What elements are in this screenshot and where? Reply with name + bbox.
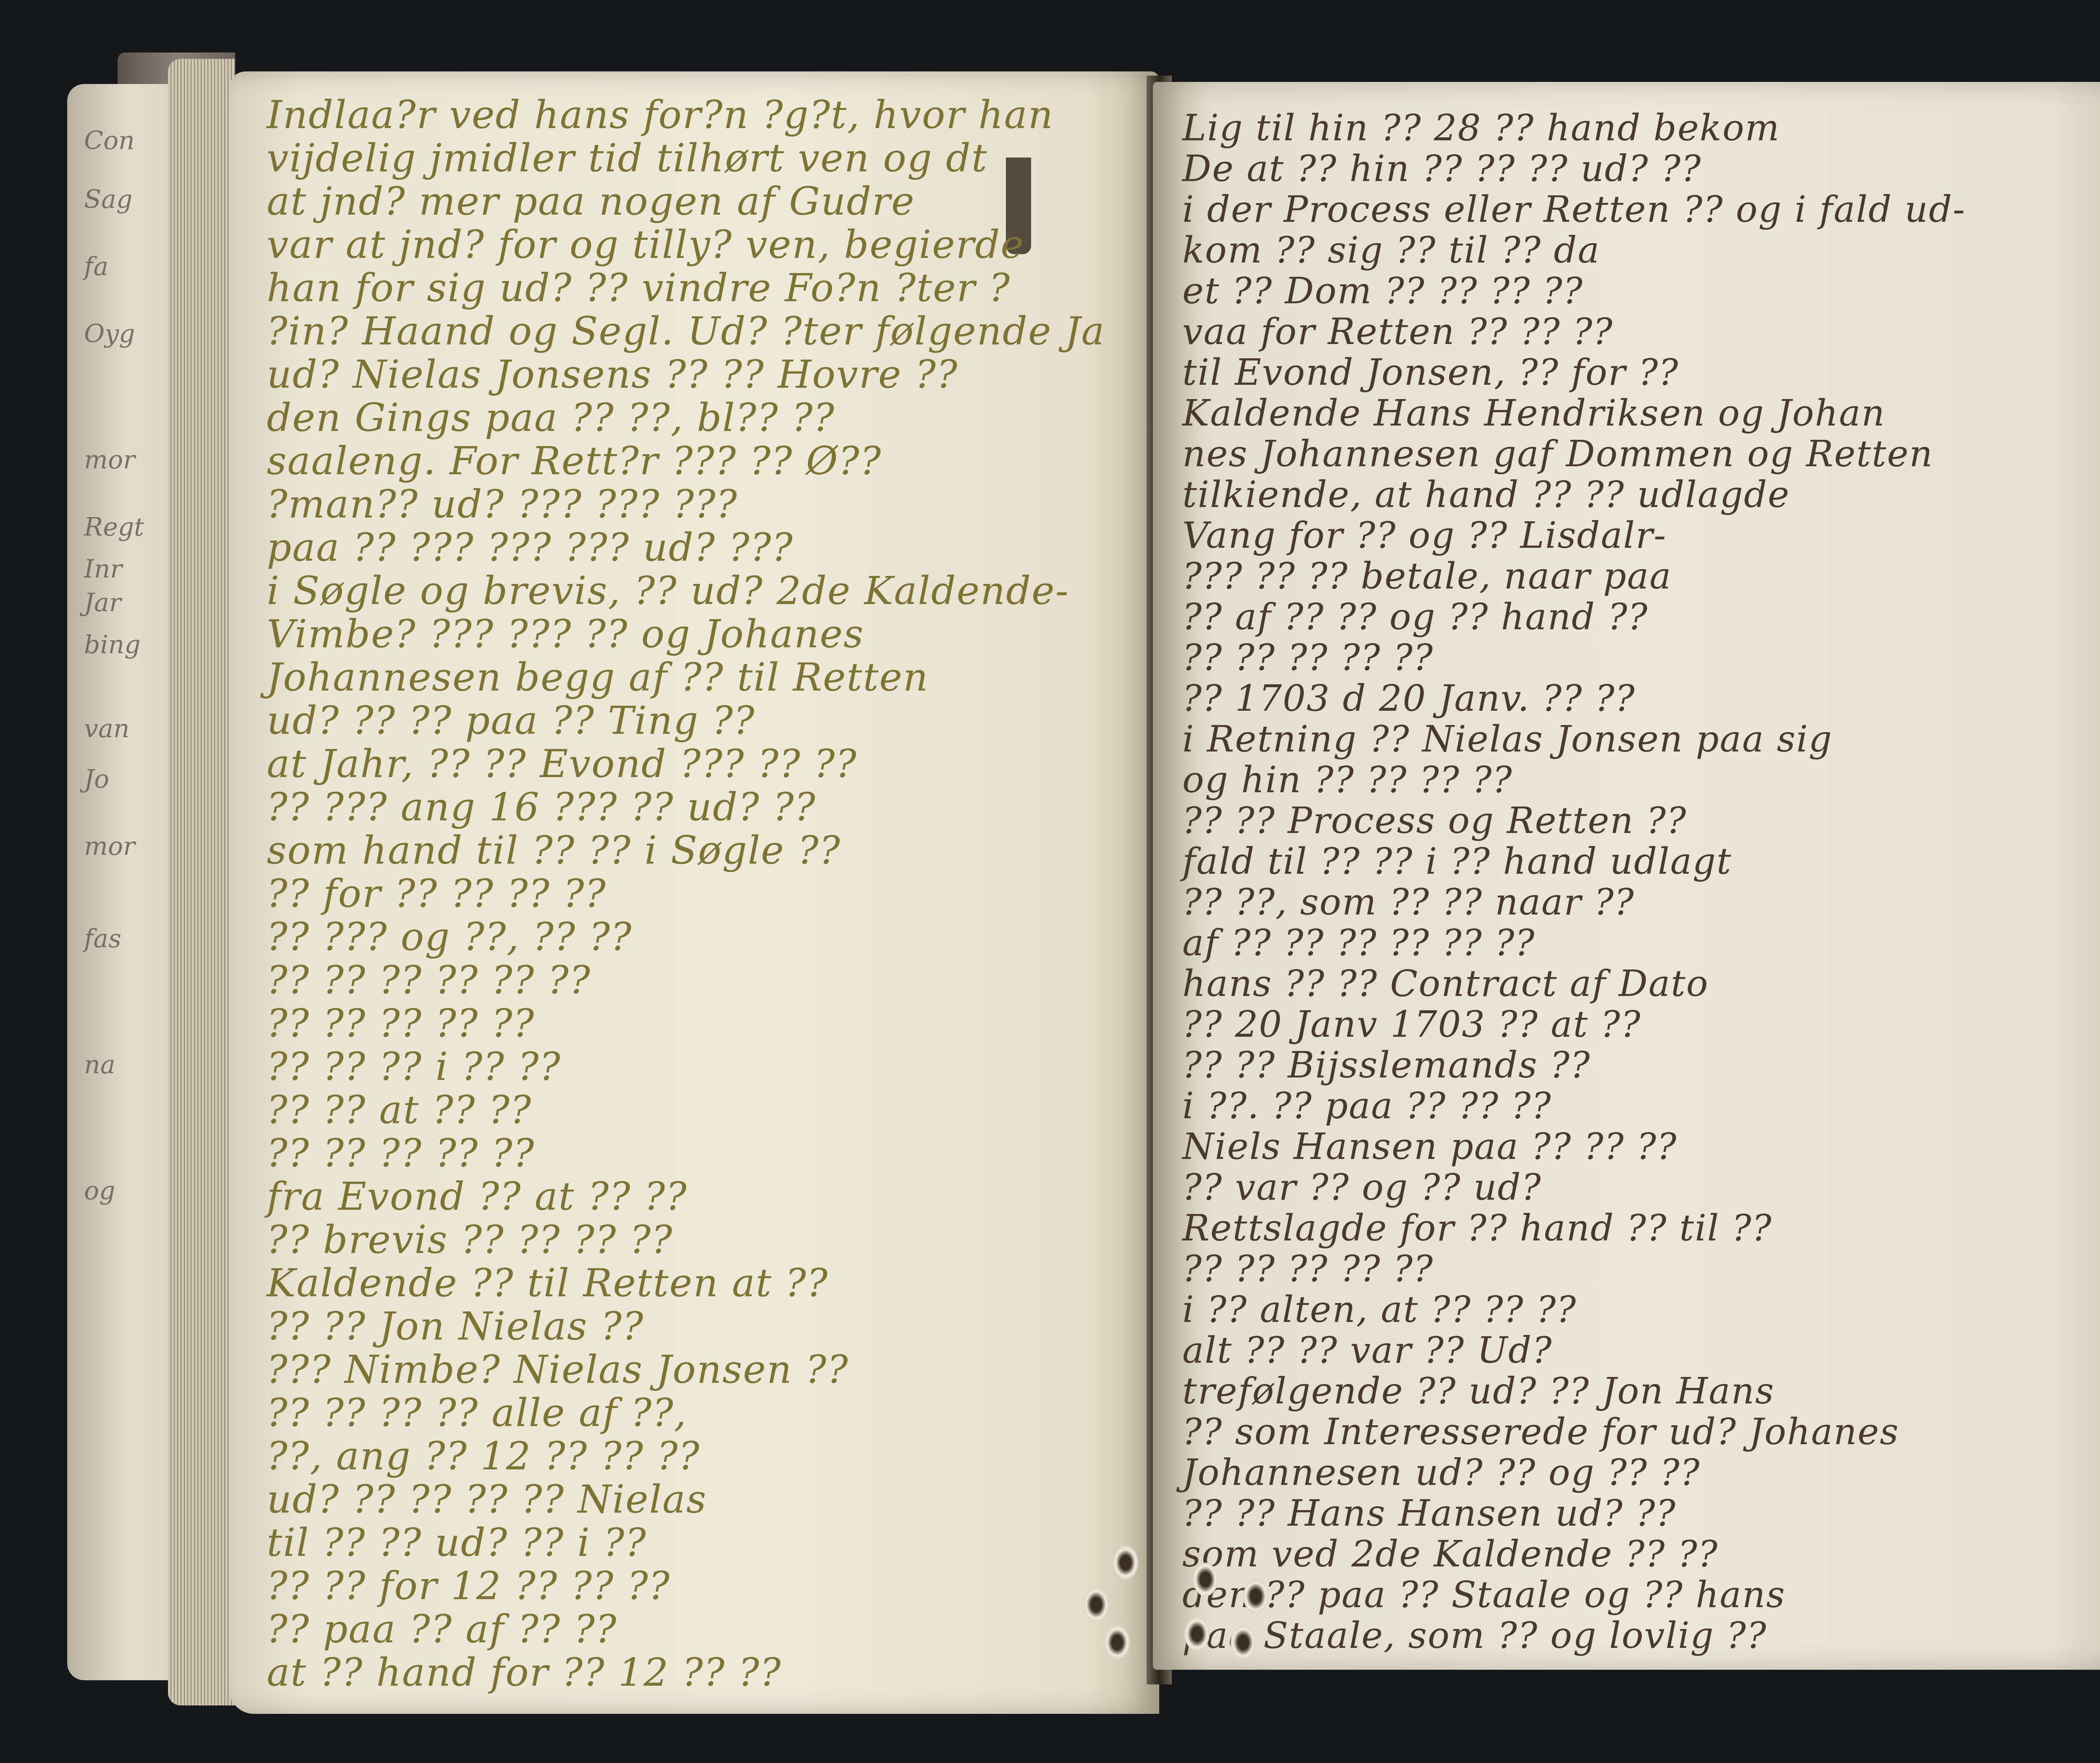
handwritten-line: paa Staale, som ?? og lovlig ?? [1182, 1615, 1767, 1657]
handwritten-line: Johannesen ud? ?? og ?? ?? [1182, 1452, 1701, 1494]
handwritten-line: ??, ang ?? 12 ?? ?? ?? [267, 1434, 700, 1479]
handwritten-line: ??? ?? ?? betale, naar paa [1182, 555, 1672, 597]
handwritten-line: ?? ?? ?? ?? ?? [267, 1131, 535, 1176]
handwritten-line: tilkiende, at hand ?? ?? udlagde [1182, 474, 1790, 516]
binding-hole [1243, 1579, 1268, 1613]
binding-hole [1084, 1588, 1109, 1621]
margin-text: Sag [84, 185, 132, 210]
margin-text: fa [84, 252, 108, 277]
handwritten-line: Indlaa?r ved hans for?n ?g?t, hvor han [267, 92, 1054, 137]
handwritten-line: Rettslagde for ?? hand ?? til ?? [1182, 1207, 1772, 1249]
handwritten-line: ?? ?? Process og Retten ?? [1182, 800, 1687, 842]
handwritten-line: ?? ??, som ?? ?? naar ?? [1182, 881, 1635, 923]
handwritten-line: ?? 20 Janv 1703 ?? at ?? [1182, 1004, 1641, 1046]
handwritten-line: saaleng. For Rett?r ??? ?? Ø?? [267, 439, 882, 483]
margin-text: fas [84, 924, 121, 949]
margin-text: na [84, 1050, 115, 1075]
handwritten-line: ?? for ?? ?? ?? ?? [267, 871, 606, 916]
handwritten-line: ?? ?? Jon Nielas ?? [267, 1304, 644, 1349]
margin-text: bing [84, 630, 141, 655]
open-manuscript-book: Con Sag fa Oyg mor Regt Inr Jar bing van… [0, 0, 2100, 1763]
left-page: Indlaa?r ved hans for?n ?g?t, hvor hanvi… [229, 71, 1159, 1714]
handwritten-line: ?? ??? og ??, ?? ?? [267, 914, 632, 959]
handwritten-line: at jnd? mer paa nogen af Gudre [267, 179, 915, 224]
margin-text: Jo [84, 765, 109, 790]
left-page-text: Indlaa?r ved hans for?n ?g?t, hvor hanvi… [229, 71, 1159, 1714]
handwritten-line: Kaldende ?? til Retten at ?? [267, 1261, 828, 1306]
handwritten-line: til Evond Jonsen, ?? for ?? [1182, 352, 1679, 394]
handwritten-line: af ?? ?? ?? ?? ?? ?? [1182, 922, 1535, 964]
handwritten-line: ud? Nielas Jonsens ?? ?? Hovre ?? [267, 352, 958, 397]
page-stack-edge [168, 59, 235, 1705]
handwritten-line: Niels Hansen paa ?? ?? ?? [1182, 1126, 1677, 1168]
handwritten-line: ?man?? ud? ??? ??? ??? [267, 482, 738, 527]
handwritten-line: Johannesen begg af ?? til Retten [267, 655, 929, 700]
handwritten-line: i ?? alten, at ?? ?? ?? [1182, 1289, 1577, 1331]
handwritten-line: fra Evond ?? at ?? ?? [267, 1174, 688, 1219]
handwritten-line: den Gings paa ?? ??, bl?? ?? [267, 395, 835, 440]
handwritten-line: ud? ?? ?? paa ?? Ting ?? [267, 698, 755, 743]
margin-text: mor [84, 832, 135, 857]
handwritten-line: Kaldende Hans Hendriksen og Johan [1182, 392, 1885, 434]
margin-text: Jar [84, 588, 121, 613]
margin-text: van [84, 714, 129, 739]
handwritten-line: var at jnd? for og tilly? ven, begierde [267, 222, 1024, 267]
handwritten-line: den ?? paa ?? Staale og ?? hans [1182, 1574, 1785, 1616]
handwritten-line: alt ?? ?? var ?? Ud? [1182, 1329, 1552, 1372]
handwritten-line: hans ?? ?? Contract af Dato [1182, 963, 1709, 1005]
handwritten-line: ud? ?? ?? ?? ?? Nielas [267, 1477, 707, 1522]
handwritten-line: ?? ?? Bijsslemands ?? [1182, 1044, 1591, 1086]
handwritten-line: ?? var ?? og ?? ud? [1182, 1167, 1542, 1209]
handwritten-line: ?? ?? ?? ?? ?? ?? [267, 958, 591, 1003]
handwritten-line: til ?? ?? ud? ?? i ?? [267, 1520, 647, 1565]
right-page: Lig til hin ?? 28 ?? hand bekomDe at ?? … [1153, 82, 2100, 1670]
handwritten-line: ?? ?? ?? ?? alle af ??, [267, 1390, 687, 1435]
handwritten-line: at Jahr, ?? ?? Evond ??? ?? ?? [267, 741, 857, 786]
handwritten-line: ?? brevis ?? ?? ?? ?? [267, 1217, 673, 1262]
binding-hole [1231, 1626, 1256, 1659]
handwritten-line: De at ?? hin ?? ?? ?? ud? ?? [1182, 148, 1701, 190]
margin-text: Con [84, 126, 135, 151]
handwritten-line: vijdelig jmidler tid tilhørt ven og dt [267, 136, 988, 181]
margin-text: Regt [84, 512, 144, 538]
handwritten-line: i der Process eller Retten ?? og i fald … [1182, 189, 1966, 231]
margin-text: Inr [84, 554, 122, 580]
handwritten-line: at ?? hand for ?? 12 ?? ?? [267, 1650, 782, 1695]
handwritten-line: i ??. ?? paa ?? ?? ?? [1182, 1085, 1552, 1127]
handwritten-line: som hand til ?? ?? i Søgle ?? [267, 828, 841, 873]
margin-text: Oyg [84, 319, 135, 344]
handwritten-line: ?in? Haand og Segl. Ud? ?ter følgende Ja [267, 309, 1105, 354]
binding-hole [1113, 1546, 1138, 1579]
margin-text: mor [84, 445, 135, 470]
handwritten-line: ?? ?? Hans Hansen ud? ?? [1182, 1492, 1676, 1534]
handwritten-line: ?? ?? ?? ?? ?? [1182, 637, 1433, 679]
binding-hole [1105, 1626, 1130, 1659]
handwritten-line: vaa for Retten ?? ?? ?? [1182, 311, 1613, 353]
handwritten-line: som ved 2de Kaldende ?? ?? [1182, 1533, 1718, 1575]
handwritten-line: han for sig ud? ?? vindre Fo?n ?ter ? [267, 265, 1011, 310]
handwritten-line: Vang for ?? og ?? Lisdalr- [1182, 515, 1667, 557]
handwritten-line: ?? ?? ?? ?? ?? [1182, 1248, 1433, 1290]
binding-hole [1184, 1617, 1210, 1651]
right-page-text: Lig til hin ?? 28 ?? hand bekomDe at ?? … [1153, 82, 2100, 1670]
handwritten-line: nes Johannesen gaf Dommen og Retten [1182, 433, 1933, 475]
handwritten-line: ?? ?? for 12 ?? ?? ?? [267, 1563, 670, 1608]
handwritten-line: ?? ??? ang 16 ??? ?? ud? ?? [267, 785, 816, 830]
handwritten-line: ?? som Interesserede for ud? Johanes [1182, 1411, 1899, 1453]
handwritten-line: paa ?? ??? ??? ??? ud? ??? [267, 525, 793, 570]
handwritten-line: ?? ?? ?? i ?? ?? [267, 1044, 561, 1089]
binding-hole [1193, 1563, 1218, 1596]
handwritten-line: i Søgle og brevis, ?? ud? 2de Kaldende- [267, 568, 1069, 613]
handwritten-line: ?? paa ?? af ?? ?? [267, 1607, 617, 1652]
handwritten-line: Vimbe? ??? ??? ?? og Johanes [267, 612, 864, 657]
handwritten-line: Lig til hin ?? 28 ?? hand bekom [1182, 107, 1780, 149]
handwritten-line: ??? Nimbe? Nielas Jonsen ?? [267, 1347, 849, 1392]
handwritten-line: ?? af ?? ?? og ?? hand ?? [1182, 596, 1648, 638]
handwritten-line: kom ?? sig ?? til ?? da [1182, 229, 1600, 271]
handwritten-line: fald til ?? ?? i ?? hand udlagt [1182, 841, 1732, 883]
handwritten-line: i Retning ?? Nielas Jonsen paa sig [1182, 718, 1832, 760]
handwritten-line: og hin ?? ?? ?? ?? [1182, 759, 1513, 801]
handwritten-line: ?? ?? ?? ?? ?? [267, 1001, 535, 1046]
margin-text: og [84, 1176, 115, 1201]
handwritten-line: trefølgende ?? ud? ?? Jon Hans [1182, 1370, 1774, 1412]
handwritten-line: et ?? Dom ?? ?? ?? ?? [1182, 270, 1583, 312]
handwritten-line: ?? 1703 d 20 Janv. ?? ?? [1182, 678, 1635, 720]
handwritten-line: ?? ?? at ?? ?? [267, 1088, 532, 1132]
